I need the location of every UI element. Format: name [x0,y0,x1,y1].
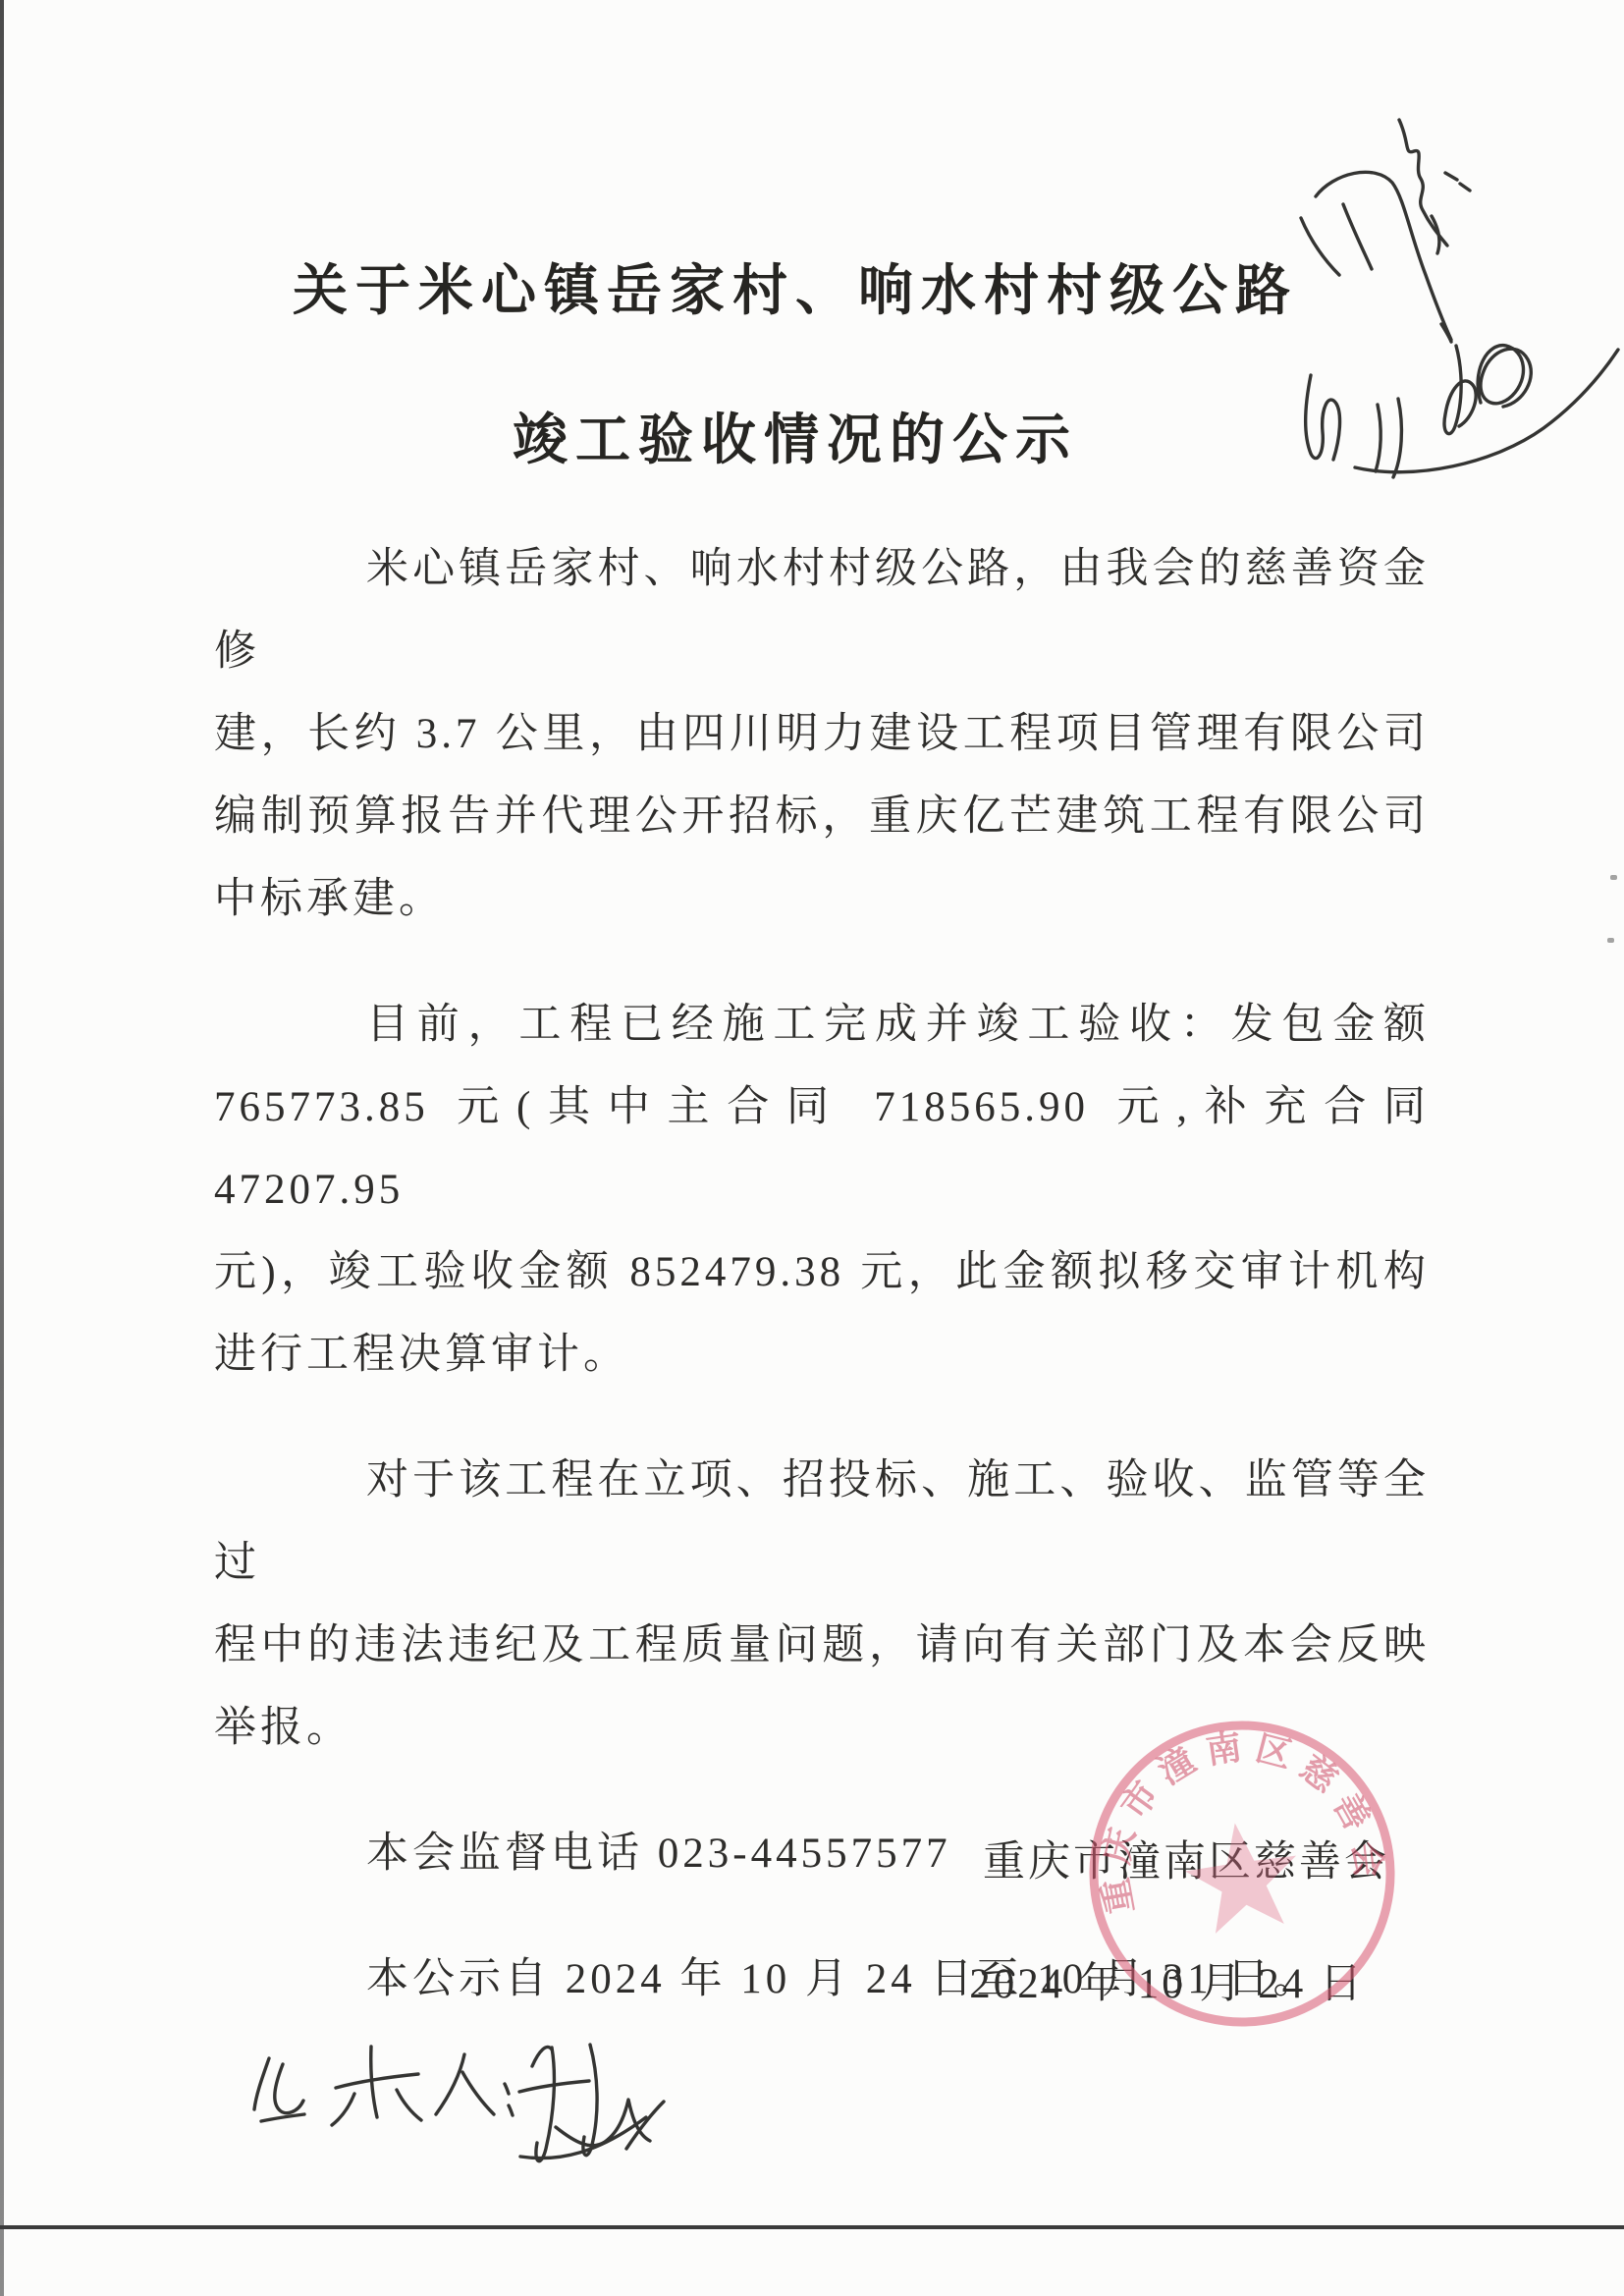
text-line: 编制预算报告并代理公开招标，重庆亿芒建筑工程有限公司 [214,776,1430,858]
paragraph: 米心镇岳家村、响水村村级公路，由我会的慈善资金修建，长约 3.7 公里，由四川明… [214,528,1430,941]
scanned-document-page: 关于米心镇岳家村、响水村村级公路 竣工验收情况的公示 米心镇岳家村、响水村村级公… [0,0,1624,2296]
scan-artifact-left-edge [0,0,4,2296]
text-line: 举报。 [214,1687,1430,1770]
scan-speck [1607,938,1614,943]
text-line: 程中的违法违纪及工程质量问题，请向有关部门及本会反映 [214,1605,1430,1687]
document-body: 米心镇岳家村、响水村村级公路，由我会的慈善资金修建，长约 3.7 公里，由四川明… [214,528,1430,2021]
scan-artifact-bottom-edge [0,2225,1624,2229]
text-line: 元)，竣工验收金额 852479.38 元，此金额拟移交审计机构 [214,1231,1430,1314]
text-line: 中标承建。 [214,858,1430,941]
handwritten-operator-signature [226,2033,677,2200]
document-title-line1: 关于米心镇岳家村、响水村村级公路 [0,247,1591,326]
document-title-line2: 竣工验收情况的公示 [0,397,1591,475]
paragraph: 对于该工程在立项、招投标、施工、验收、监管等全过程中的违法违纪及工程质量问题，请… [214,1440,1430,1770]
text-line: 进行工程决算审计。 [214,1314,1430,1396]
text-line: 目前，工程已经施工完成并竣工验收：发包金额 [214,984,1430,1066]
signature-organization: 重庆市潼南区慈善会 [983,1829,1389,1888]
text-line: 建，长约 3.7 公里，由四川明力建设工程项目管理有限公司 [214,693,1430,776]
paragraph: 目前，工程已经施工完成并竣工验收：发包金额765773.85 元(其中主合同 7… [214,984,1430,1396]
text-line: 米心镇岳家村、响水村村级公路，由我会的慈善资金修 [214,528,1430,693]
signature-date: 2024 年 10 月 24 日 [969,1950,1365,2010]
text-line: 对于该工程在立项、招投标、施工、验收、监管等全过 [214,1440,1430,1605]
scan-speck [1610,875,1617,880]
text-line: 765773.85 元(其中主合同 718565.90 元,补充合同 47207… [214,1066,1430,1231]
